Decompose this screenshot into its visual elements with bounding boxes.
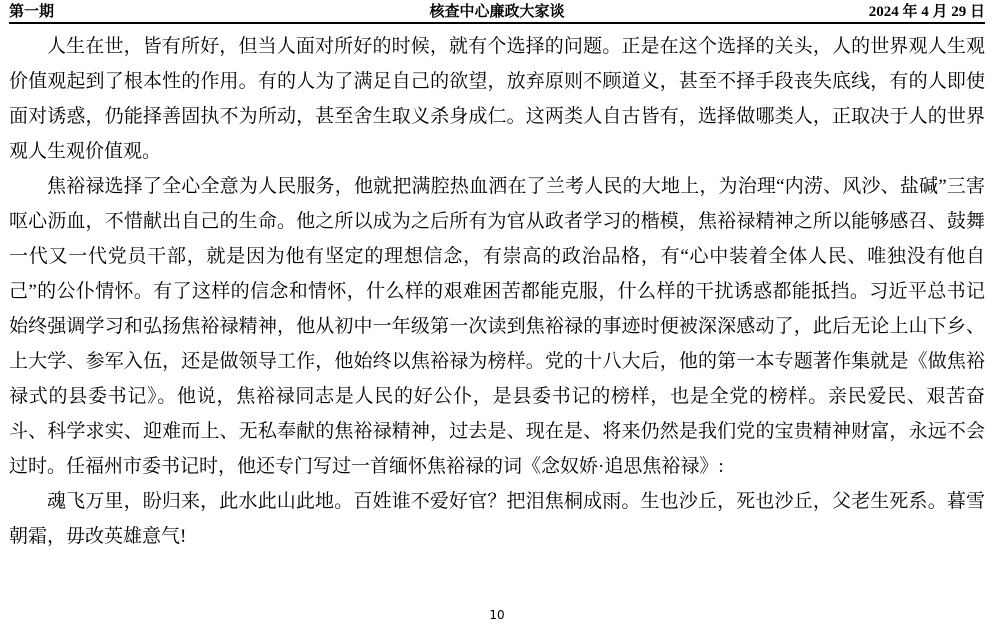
header-issue-label: 第一期: [9, 3, 429, 21]
page-header: 第一期 核查中心廉政大家谈 2024 年 4 月 29 日: [0, 0, 994, 21]
document-page: 第一期 核查中心廉政大家谈 2024 年 4 月 29 日 人生在世，皆有所好，…: [0, 0, 994, 627]
paragraph-worldview: 人生在世，皆有所好，但当人面对所好的时候，就有个选择的问题。正是在这个选择的关头…: [9, 29, 985, 169]
paragraph-poem: 魂飞万里，盼归来，此水此山此地。百姓谁不爱好官？把泪焦桐成雨。生也沙丘，死也沙丘…: [9, 484, 985, 554]
page-footer: 10: [0, 608, 994, 622]
document-body: 人生在世，皆有所好，但当人面对所好的时候，就有个选择的问题。正是在这个选择的关头…: [0, 24, 994, 554]
paragraph-jiaoyulu-spirit: 焦裕禄选择了全心全意为人民服务，他就把满腔热血洒在了兰考人民的大地上，为治理“内…: [9, 169, 985, 484]
header-title: 核查中心廉政大家谈: [429, 3, 564, 21]
page-number: 10: [489, 608, 504, 622]
header-date: 2024 年 4 月 29 日: [565, 3, 986, 21]
